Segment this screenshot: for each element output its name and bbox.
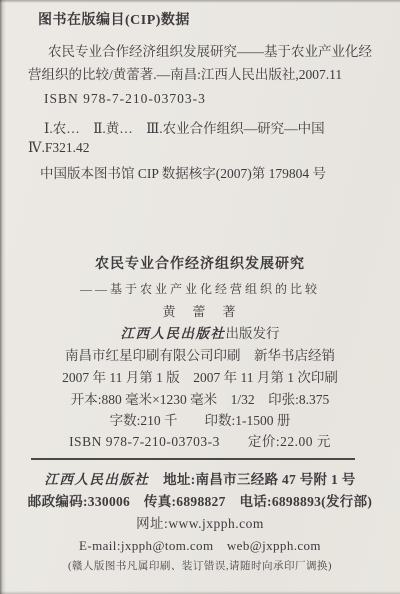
cip-isbn: ISBN 978-7-210-03703-3	[44, 90, 206, 107]
cip-entry-line1: 农民专业合作经济组织发展研究——基于农业产业化经	[48, 43, 372, 60]
format-line: 开本:880 毫米×1230 毫米 1/32 印张:8.375	[0, 391, 400, 408]
footer-website-line: 网址:www.jxpph.com	[0, 515, 400, 532]
footer-email-line: E-mail:jxpph@tom.com web@jxpph.com	[0, 537, 400, 554]
cip-classification-line1: Ⅰ.农… Ⅱ.黄… Ⅲ.农业合作组织—研究—中国	[44, 120, 325, 137]
footer-address: 地址:南昌市三经路 47 号附 1 号	[163, 472, 355, 487]
scan-top-edge-shadow	[0, 0, 400, 3]
cip-entry-line2: 营组织的比较/黄蕾著.—南昌:江西人民出版社,2007.11	[28, 66, 342, 83]
footer-contact-line: 邮政编码:330006 传真:6898827 电话:6898893(发行部)	[0, 493, 400, 510]
book-title: 农民专业合作经济组织发展研究	[0, 256, 400, 273]
publisher-name-logotype: 江西人民出版社	[121, 326, 226, 341]
footer-replacement-note: (赣人版图书凡属印刷、装订错误,请随时向承印厂调换)	[0, 558, 400, 575]
cip-registry-number: 中国版本图书馆 CIP 数据核字(2007)第 179804 号	[40, 165, 326, 182]
publisher-line: 江西人民出版社出版发行	[0, 325, 400, 342]
footer-publisher-logotype: 江西人民出版社	[44, 472, 149, 487]
wordcount-line: 字数:210 千 印数:1-1500 册	[0, 412, 400, 429]
divider-rule	[31, 458, 355, 460]
author-line: 黄 蕾 著	[0, 303, 400, 320]
footer-publisher-address-line: 江西人民出版社 地址:南昌市三经路 47 号附 1 号	[0, 471, 400, 488]
edition-line: 2007 年 11 月第 1 版 2007 年 11 月第 1 次印刷	[0, 369, 400, 386]
book-subtitle: ——基于农业产业化经营组织的比较	[0, 281, 400, 298]
cip-heading: 图书在版编目(CIP)数据	[38, 12, 190, 29]
printer-line: 南昌市红星印刷有限公司印刷 新华书店经销	[0, 347, 400, 364]
publisher-suffix: 出版发行	[226, 326, 280, 341]
cip-classification-line2: Ⅳ.F321.42	[28, 139, 90, 156]
isbn-price-line: ISBN 978-7-210-03703-3 定价:22.00 元	[0, 433, 400, 450]
book-copyright-page: 图书在版编目(CIP)数据 农民专业合作经济组织发展研究——基于农业产业化经 营…	[0, 0, 400, 594]
